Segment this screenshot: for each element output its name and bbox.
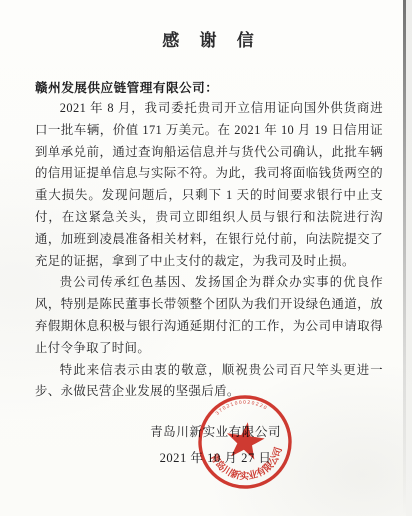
paragraph-1: 2021 年 8 月，我司委托贵司开立信用证向国外供货商进口一批车辆，价值 17… bbox=[35, 98, 383, 272]
letter-title: 感 谢 信 bbox=[35, 26, 383, 51]
paragraph-3: 特此来信表示由衷的敬意，顺祝贵公司百尺竿头更进一步、永做民营企业发展的坚强后盾。 bbox=[35, 360, 383, 404]
signature-date: 2021 年 10 月 27 日 bbox=[150, 445, 281, 471]
signature-block: 青岛川新实业有限公司 2021 年 10 月 27 日 bbox=[150, 419, 281, 471]
scan-edge-line bbox=[403, 0, 406, 516]
recipient-line: 赣州发展供应链管理有限公司： bbox=[35, 77, 383, 96]
scan-edge-strip bbox=[406, 0, 412, 516]
signature-company: 青岛川新实业有限公司 bbox=[150, 419, 281, 445]
paragraph-2: 贵公司传承红色基因、发扬国企为群众办实事的优良作风，特别是陈民董事长带领整个团队… bbox=[35, 272, 383, 359]
letter-content: 感 谢 信 赣州发展供应链管理有限公司： 2021 年 8 月，我司委托贵司开立… bbox=[0, 0, 412, 471]
letter-page: 感 谢 信 赣州发展供应链管理有限公司： 2021 年 8 月，我司委托贵司开立… bbox=[0, 0, 412, 516]
